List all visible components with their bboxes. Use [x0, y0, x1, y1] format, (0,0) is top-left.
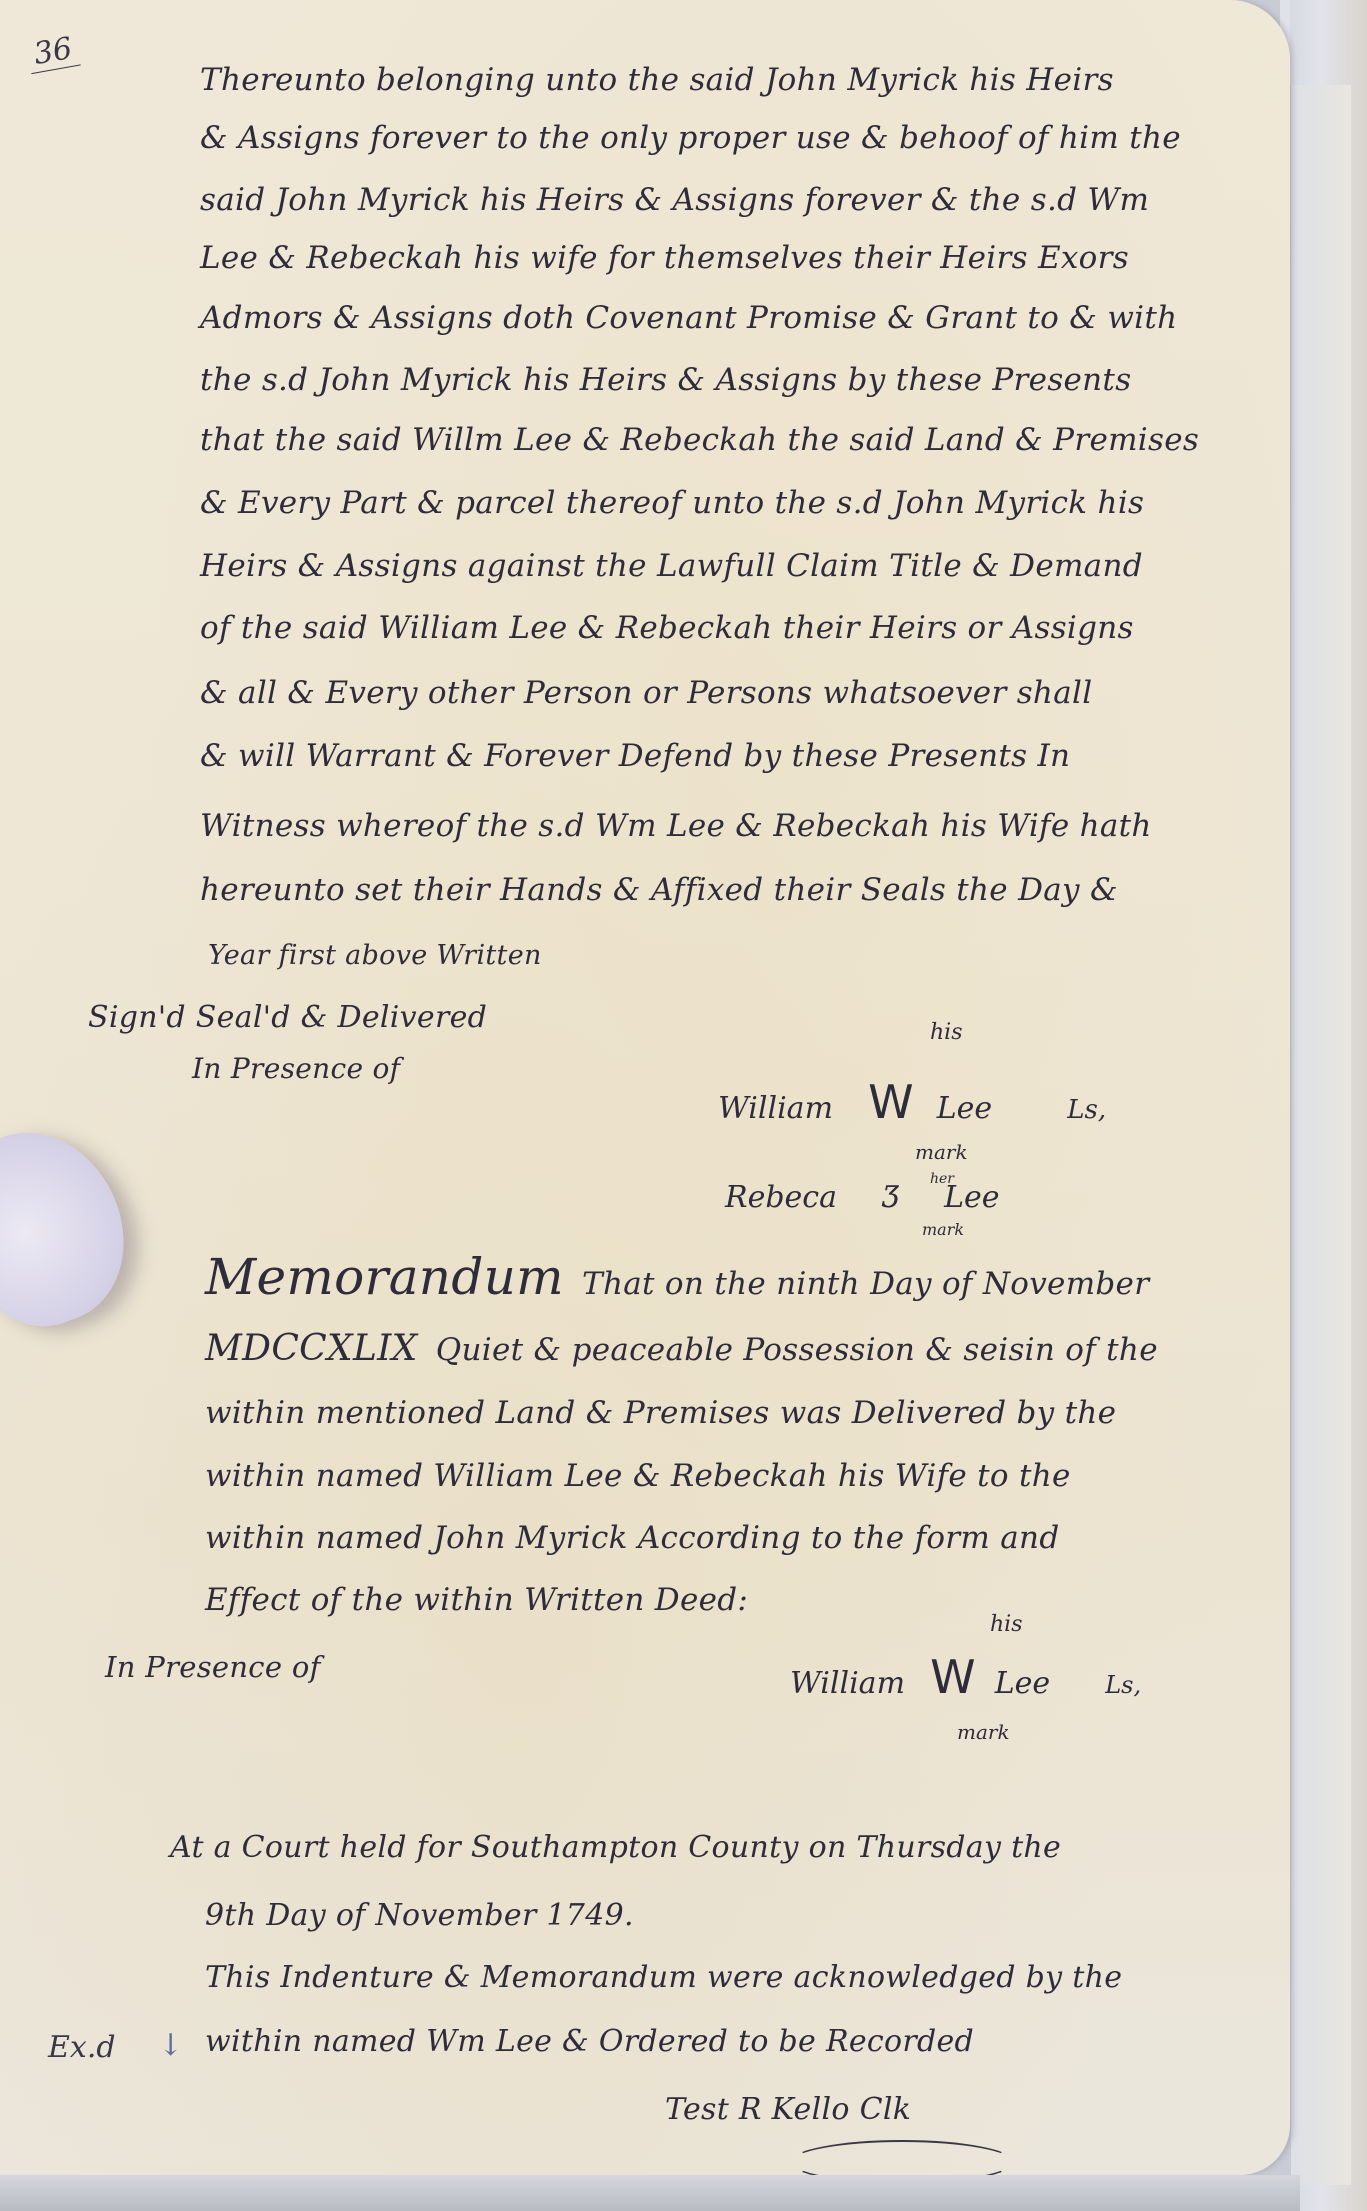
signature-seal: Ls, — [1067, 1095, 1106, 1125]
deed-line-5: Admors & Assigns doth Covenant Promise &… — [200, 300, 1177, 336]
witness-clause-signed: Sign'd Seal'd & Delivered — [88, 1000, 487, 1035]
clerk-attestation: Test R Kello Clk — [665, 2092, 911, 2127]
memorandum-line-2-text: Quiet & peaceable Possession & seisin of… — [436, 1332, 1158, 1368]
signature-last-name: Lee — [995, 1666, 1050, 1701]
court-line-3: This Indenture & Memorandum were acknowl… — [205, 1960, 1122, 1995]
deed-line-2: & Assigns forever to the only proper use… — [200, 120, 1181, 156]
his-label: his — [930, 1020, 963, 1045]
memorandum-line-1: Memorandum That on the ninth Day of Nove… — [205, 1248, 1149, 1306]
deed-line-8: & Every Part & parcel thereof unto the s… — [200, 485, 1144, 521]
his-label: his — [990, 1612, 1023, 1637]
memorandum-roman-year: MDCCXLIX — [205, 1328, 418, 1369]
deed-line-6: the s.d John Myrick his Heirs & Assigns … — [200, 362, 1131, 398]
memorandum-presence: In Presence of — [105, 1650, 321, 1684]
deed-line-7: that the said Willm Lee & Rebeckah the s… — [200, 422, 1199, 458]
mark-label: mark — [922, 1220, 964, 1239]
memorandum-line-2: MDCCXLIX Quiet & peaceable Possession & … — [205, 1328, 1158, 1369]
manuscript-page: 36 Thereunto belonging unto the said Joh… — [0, 0, 1290, 2175]
deed-line-14: hereunto set their Hands & Affixed their… — [200, 872, 1118, 908]
signature-mark-glyph: W — [868, 1075, 913, 1129]
deed-line-4: Lee & Rebeckah his wife for themselves t… — [200, 240, 1129, 276]
court-line-4: within named Wm Lee & Ordered to be Reco… — [205, 2024, 974, 2059]
deed-line-9: Heirs & Assigns against the Lawfull Clai… — [200, 548, 1143, 584]
signature-his-label: his — [930, 1020, 963, 1045]
signature-mark-label-2: mark — [922, 1220, 964, 1239]
signature-first-name: William — [718, 1091, 833, 1126]
signature-rebeca-deed: Rebeca Ʒ Lee — [725, 1180, 1000, 1215]
signature-last-name: Lee — [937, 1091, 992, 1126]
signature-seal: Ls, — [1105, 1671, 1141, 1699]
court-line-2: 9th Day of November 1749. — [205, 1898, 634, 1933]
underlying-page-edge — [1290, 85, 1351, 2185]
memorandum-line-5: within named John Myrick According to th… — [205, 1520, 1059, 1556]
signature-mark-label: mark — [915, 1140, 968, 1164]
signature-mark-glyph: W — [930, 1650, 975, 1704]
page-bottom-edge — [0, 2175, 1300, 2211]
margin-note-examined: Ex.d — [48, 2030, 116, 2065]
memorandum-heading: Memorandum — [205, 1248, 564, 1306]
deed-line-13: Witness whereof the s.d Wm Lee & Rebecka… — [200, 808, 1152, 844]
deed-line-12: & will Warrant & Forever Defend by these… — [200, 738, 1070, 774]
memorandum-his-label: his — [990, 1612, 1023, 1637]
mark-label: mark — [915, 1140, 968, 1164]
signature-mark-glyph: Ʒ — [882, 1180, 899, 1215]
memorandum-mark-label: mark — [957, 1720, 1010, 1744]
memorandum-line-3: within mentioned Land & Premises was Del… — [205, 1395, 1116, 1431]
signature-first-name: Rebeca — [725, 1180, 837, 1215]
mark-label: mark — [957, 1720, 1010, 1744]
memorandum-line-1-text: That on the ninth Day of November — [582, 1266, 1149, 1302]
memorandum-line-6: Effect of the within Written Deed: — [205, 1582, 748, 1618]
deed-line-11: & all & Every other Person or Persons wh… — [200, 675, 1092, 711]
signature-last-name: Lee — [944, 1180, 999, 1215]
deed-line-1: Thereunto belonging unto the said John M… — [200, 62, 1114, 98]
page-number: 36 — [25, 30, 81, 74]
deed-line-3: said John Myrick his Heirs & Assigns for… — [200, 182, 1149, 218]
deed-line-10: of the said William Lee & Rebeckah their… — [200, 610, 1134, 646]
memorandum-signature-william: William W Lee Ls, — [790, 1650, 1141, 1704]
signature-first-name: William — [790, 1666, 905, 1701]
memorandum-line-4: within named William Lee & Rebeckah his … — [205, 1458, 1071, 1494]
court-line-1: At a Court held for Southampton County o… — [170, 1830, 1061, 1865]
deed-line-15: Year first above Written — [208, 940, 542, 971]
margin-arrow-icon: ↓ — [158, 2028, 183, 2063]
signature-william-deed: William W Lee Ls, — [718, 1075, 1106, 1129]
witness-clause-presence: In Presence of — [192, 1052, 400, 1085]
deed-line-4-text: Lee & Rebeckah his wife for themselves t… — [200, 240, 1129, 276]
